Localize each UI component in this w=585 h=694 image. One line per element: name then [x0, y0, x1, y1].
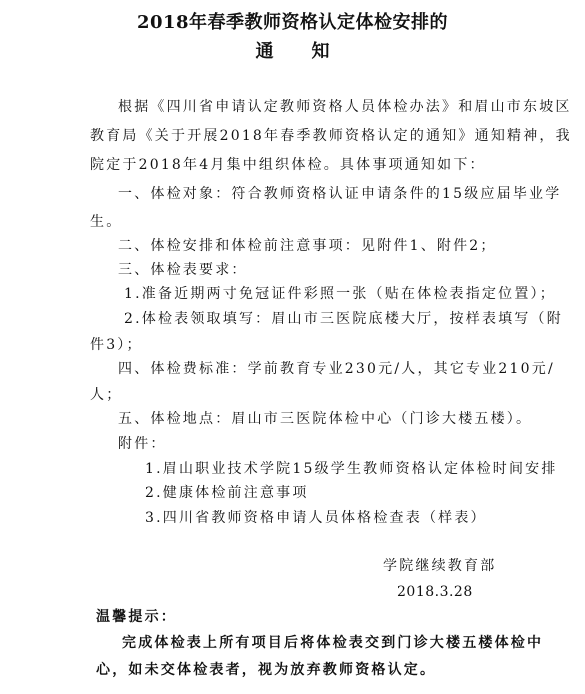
tip-heading: 温馨提示：: [96, 608, 177, 626]
item4-line-2: 人；: [90, 386, 122, 404]
intro-line-3: 院定于2018年4月集中组织体检。具体事项通知如下：: [90, 156, 486, 174]
intro-line-2: 教育局《关于开展2018年春季教师资格认定的通知》通知精神，我: [90, 127, 572, 145]
page-subtitle: 通知: [0, 37, 585, 63]
item1-line-1: 一、体检对象：符合教师资格认证申请条件的15级应届毕业学: [118, 185, 561, 203]
page-title: 2018年春季教师资格认定体检安排的: [0, 8, 585, 34]
item3-sub2-line-2: 件3）；: [90, 336, 143, 354]
signature-date: 2018.3.28: [397, 583, 473, 601]
tip-line-1: 完成体检表上所有项目后将体检表交到门诊大楼五楼体检中: [122, 634, 543, 652]
item3-heading: 三、体检表要求：: [118, 261, 248, 279]
subtitle-char-2: 知: [312, 37, 330, 63]
tip-line-2: 心，如未交体检表者，视为放弃教师资格认定。: [96, 661, 436, 679]
subtitle-char-1: 通: [256, 37, 274, 63]
item2: 二、体检安排和体检前注意事项：见附件1、附件2；: [118, 237, 497, 255]
attachment-item-2: 2.健康体检前注意事项: [145, 484, 309, 502]
signature-department: 学院继续教育部: [383, 557, 496, 575]
item3-sub2-line-1: 2.体检表领取填写：眉山市三医院底楼大厅，按样表填写（附: [124, 310, 563, 328]
attachment-item-1: 1.眉山职业技术学院15级学生教师资格认定体检时间安排: [145, 460, 558, 478]
item3-sub1: 1.准备近期两寸免冠证件彩照一张（贴在体检表指定位置）；: [124, 285, 556, 303]
attachments-heading: 附件：: [118, 435, 167, 453]
item5: 五、体检地点：眉山市三医院体检中心（门诊大楼五楼）。: [118, 410, 532, 428]
intro-line-1: 根据《四川省申请认定教师资格人员体检办法》和眉山市东坡区: [118, 98, 572, 116]
attachment-item-3: 3.四川省教师资格申请人员体格检查表（样表）: [145, 509, 487, 527]
item1-line-2: 生。: [90, 213, 122, 231]
item4-line-1: 四、体检费标准：学前教育专业230元/人，其它专业210元/: [118, 360, 555, 378]
